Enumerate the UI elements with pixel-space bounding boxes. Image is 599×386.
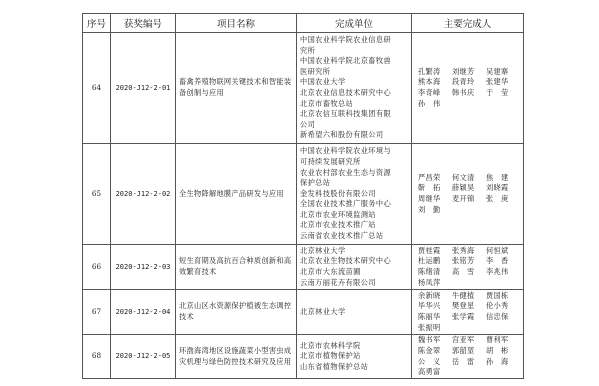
unit-line: 中国农业大学 (300, 77, 408, 88)
contributor-name: 陈金翠 (418, 346, 452, 357)
header-people: 主要完成人 (412, 14, 524, 33)
contributor-name: 刘晓霞 (486, 183, 520, 194)
main-contributors: 余新晓牛健植贾国栋毕华兴樊登星伦小秀陈丽华张学霞信忠保张振明 (412, 290, 524, 335)
unit-line: 北京农业信息技术研究中心 (300, 88, 408, 99)
contributor-name: 陈绪清 (418, 267, 452, 278)
project-name: 环渤海湾地区设施蔬菜小型害虫成灾机理与绿色防控技术研究及应用 (176, 335, 297, 379)
contributors-grid: 余新晓牛健植贾国栋毕华兴樊登星伦小秀陈丽华张学霞信忠保张振明 (418, 291, 520, 333)
contributor-name: 公 义 (418, 357, 452, 368)
unit-line: 北京林业大学 (300, 307, 408, 318)
unit-line: 北京市大东流苗圃 (300, 267, 408, 278)
unit-line: 中国农业科学院农业环境与 (300, 146, 408, 157)
row-number: 67 (83, 290, 111, 335)
contributor-name: 杜运鹏 (418, 256, 452, 267)
contributor-name: 高勇富 (418, 367, 452, 378)
contributor-name: 贾国栋 (486, 291, 520, 302)
header-name: 项目名称 (176, 14, 297, 33)
project-name: 短生育期及高抗百合种质创新和高效繁育技术 (176, 245, 297, 290)
contributor-name: 段青玲 (452, 77, 486, 88)
unit-line: 中国农业科学院北京畜牧兽 (300, 56, 408, 67)
main-contributors: 孔繁涛刘继芳吴建寨熊本海段青玲张建华李奇峰韩书庆于 莹孙 伟 (412, 33, 524, 144)
contributor-name: 李兆伟 (486, 267, 520, 278)
contributor-name: 伦小秀 (486, 301, 520, 312)
unit-line: 云南省农业技术推广总站 (300, 231, 408, 242)
contributor-name: 刘 勤 (418, 205, 452, 216)
table-row: 682020-J12-2-05环渤海湾地区设施蔬菜小型害虫成灾机理与绿色防控技术… (83, 335, 524, 379)
contributor-name: 余新晓 (418, 291, 452, 302)
unit-line: 公司 (300, 120, 408, 131)
contributor-name: 魏书军 (418, 335, 452, 346)
contributor-name: 麦开锦 (452, 194, 486, 205)
contributor-name: 吴建寨 (486, 67, 520, 78)
award-code: 2020-J12-2-02 (111, 144, 176, 245)
contributor-name: 宫亚军 (452, 335, 486, 346)
contributor-name: 周继华 (418, 194, 452, 205)
table-row: 672020-J12-2-04北京山区水资源保护植被生态调控技术北京林业大学余新… (83, 290, 524, 335)
unit-line: 农业农村部农业生态与资源 (300, 168, 408, 179)
project-name: 北京山区水资源保护植被生态调控技术 (176, 290, 297, 335)
contributor-name: 张学霞 (452, 312, 486, 323)
contributor-name: 郭韶堃 (452, 346, 486, 357)
contributor-name: 杨凤萍 (418, 278, 452, 289)
main-contributors: 严昌荣何文清焦 建靳 拓薛颖昊刘晓霞周继华麦开锦张 庚刘 勤 (412, 144, 524, 245)
table-row: 642020-J12-2-01畜禽养殖物联网关键技术和智能装备创制与应用中国农业… (83, 33, 524, 144)
project-name: 畜禽养殖物联网关键技术和智能装备创制与应用 (176, 33, 297, 144)
unit-line: 中国农业科学院农业信息研 (300, 35, 408, 46)
contributor-name: 信忠保 (486, 312, 520, 323)
contributor-name: 贾桂霞 (418, 246, 452, 257)
project-name: 全生物降解地膜产品研发与应用 (176, 144, 297, 245)
contributor-name: 高 雪 (452, 267, 486, 278)
contributor-name: 樊登星 (452, 301, 486, 312)
unit-line: 保护总站 (300, 178, 408, 189)
completing-units: 中国农业科学院农业信息研究所中国农业科学院北京畜牧兽医研究所中国农业大学北京农业… (297, 33, 412, 144)
contributors-grid: 贾桂霞张秀海何恒斌杜运鹏张铭芳李 香陈绪清高 雪李兆伟杨凤萍 (418, 246, 520, 288)
contributor-name: 何文清 (452, 173, 486, 184)
table-row: 662020-J12-2-03短生育期及高抗百合种质创新和高效繁育技术北京林业大… (83, 245, 524, 290)
unit-line: 北京市植物保护站 (300, 351, 408, 362)
completing-units: 中国农业科学院农业环境与可持续发展研究所农业农村部农业生态与资源保护总站金发科技… (297, 144, 412, 245)
contributor-name: 张铭芳 (452, 256, 486, 267)
contributor-name: 孙 伟 (418, 99, 452, 110)
contributor-name: 孔繁涛 (418, 67, 452, 78)
unit-line: 云南万丽花卉有限公司 (300, 278, 408, 289)
row-number: 68 (83, 335, 111, 379)
contributor-name: 陈丽华 (418, 312, 452, 323)
unit-line: 金发科技股份有限公司 (300, 189, 408, 200)
unit-line: 山东省植物保护总站 (300, 362, 408, 373)
unit-line: 可持续发展研究所 (300, 157, 408, 168)
contributor-name: 李 香 (486, 256, 520, 267)
contributor-name: 张振明 (418, 323, 452, 334)
contributor-name: 严昌荣 (418, 173, 452, 184)
unit-line: 北京林业大学 (300, 246, 408, 257)
contributor-name: 牛健植 (452, 291, 486, 302)
header-no: 序号 (83, 14, 111, 33)
contributor-name: 曹利军 (486, 335, 520, 346)
unit-line: 北京市畜牧总站 (300, 99, 408, 110)
main-contributors: 魏书军宫亚军曹利军陈金翠郭韶堃胡 彬公 义岳 雷孙 海高勇富 (412, 335, 524, 379)
unit-line: 北京农信互联科技集团有限 (300, 109, 408, 120)
contributor-name: 毕华兴 (418, 301, 452, 312)
unit-line: 全国农业技术推广服务中心 (300, 199, 408, 210)
unit-line: 究所 (300, 46, 408, 57)
row-number: 65 (83, 144, 111, 245)
contributor-name: 何恒斌 (486, 246, 520, 257)
contributor-name: 熊本海 (418, 77, 452, 88)
contributor-name: 薛颖昊 (452, 183, 486, 194)
contributor-name: 靳 拓 (418, 183, 452, 194)
awards-table: 序号 获奖编号 项目名称 完成单位 主要完成人 642020-J12-2-01畜… (82, 13, 524, 379)
completing-units: 北京林业大学北京农业生物技术研究中心北京市大东流苗圃云南万丽花卉有限公司 (297, 245, 412, 290)
award-code: 2020-J12-2-04 (111, 290, 176, 335)
award-code: 2020-J12-2-05 (111, 335, 176, 379)
completing-units: 北京市农林科学院北京市植物保护站山东省植物保护总站 (297, 335, 412, 379)
contributor-name: 刘继芳 (452, 67, 486, 78)
row-number: 66 (83, 245, 111, 290)
contributor-name: 孙 海 (486, 357, 520, 368)
contributor-name: 李奇峰 (418, 88, 452, 99)
header-code: 获奖编号 (111, 14, 176, 33)
table-header-row: 序号 获奖编号 项目名称 完成单位 主要完成人 (83, 14, 524, 33)
contributor-name: 焦 建 (486, 173, 520, 184)
completing-units: 北京林业大学 (297, 290, 412, 335)
contributor-name: 张建华 (486, 77, 520, 88)
contributor-name: 胡 彬 (486, 346, 520, 357)
contributor-name: 张秀海 (452, 246, 486, 257)
unit-line: 北京市农业环境监测站 (300, 210, 408, 221)
unit-line: 新希望六和股份有限公司 (300, 130, 408, 141)
unit-line: 北京农业生物技术研究中心 (300, 256, 408, 267)
contributors-grid: 孔繁涛刘继芳吴建寨熊本海段青玲张建华李奇峰韩书庆于 莹孙 伟 (418, 67, 520, 109)
contributors-grid: 严昌荣何文清焦 建靳 拓薛颖昊刘晓霞周继华麦开锦张 庚刘 勤 (418, 173, 520, 215)
unit-line: 医研究所 (300, 67, 408, 78)
award-code: 2020-J12-2-03 (111, 245, 176, 290)
main-contributors: 贾桂霞张秀海何恒斌杜运鹏张铭芳李 香陈绪清高 雪李兆伟杨凤萍 (412, 245, 524, 290)
contributor-name: 于 莹 (486, 88, 520, 99)
contributors-grid: 魏书军宫亚军曹利军陈金翠郭韶堃胡 彬公 义岳 雷孙 海高勇富 (418, 335, 520, 377)
unit-line: 北京市农业技术推广站 (300, 220, 408, 231)
header-units: 完成单位 (297, 14, 412, 33)
row-number: 64 (83, 33, 111, 144)
unit-line: 北京市农林科学院 (300, 341, 408, 352)
contributor-name: 岳 雷 (452, 357, 486, 368)
table-row: 652020-J12-2-02全生物降解地膜产品研发与应用中国农业科学院农业环境… (83, 144, 524, 245)
contributor-name: 张 庚 (486, 194, 520, 205)
award-code: 2020-J12-2-01 (111, 33, 176, 144)
contributor-name: 韩书庆 (452, 88, 486, 99)
